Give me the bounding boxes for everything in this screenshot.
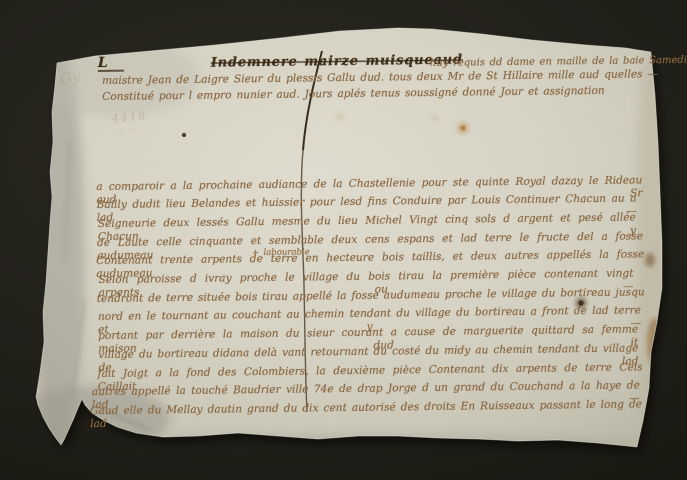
manuscript-paper (0, 0, 687, 480)
ink-fleck (182, 133, 186, 137)
photo-background: L Indemnere mairze muisqueaud huy requis… (0, 0, 687, 480)
